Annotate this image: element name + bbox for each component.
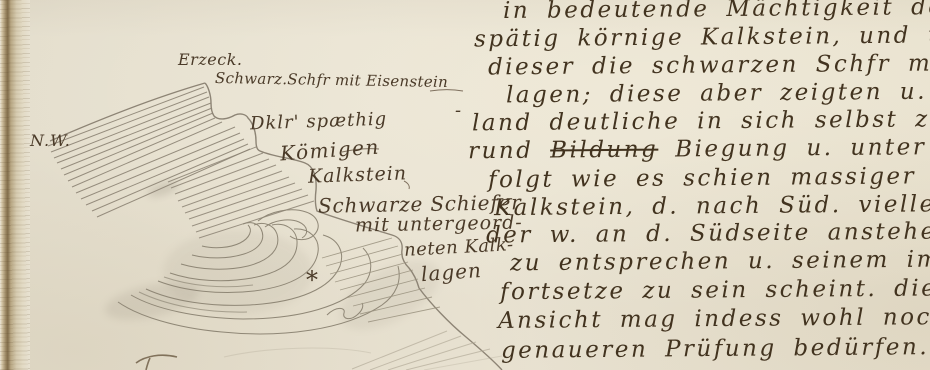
partial-word-stroke	[136, 355, 177, 370]
manuscript-line: zu entsprechen u. seinem im mittel	[510, 246, 930, 277]
star-marker: *	[306, 266, 319, 294]
manuscript-line: Kalkstein, d. nach Süd. vielleicht	[494, 191, 930, 221]
label-kalkstein: Kalkstein	[308, 162, 408, 187]
manuscript-line-segment: Biegung u. unter die	[658, 134, 930, 163]
manuscript-line: dieser die schwarzen Schfr mit Kalkz	[488, 50, 930, 81]
margin-dash: -	[455, 100, 462, 121]
manuscript-line: lagen; diese aber zeigten u. sich an	[506, 78, 930, 109]
struck-word: Bildung	[550, 137, 658, 164]
label-peak-erzeck: Erzeck.	[178, 50, 242, 69]
manuscript-line: genaueren Prüfung bedürfen.	[501, 334, 929, 364]
manuscript-line: land deutliche in sich selbst zu ein	[472, 106, 930, 137]
manuscript-line: fortsetze zu sein scheint. dies letz	[500, 275, 930, 306]
manuscript-line: Ansicht mag indess wohl noch	[498, 304, 930, 334]
manuscript-line: in bedeutende Mächtigkeit der	[503, 0, 930, 24]
manuscript-line-segment: rund	[468, 138, 550, 165]
manuscript-line: der w. an d. Südseite anstehende hoch	[486, 217, 930, 248]
manuscript-line: folgt wie es schien massiger hell	[488, 163, 930, 193]
label-lagen: lagen	[420, 258, 482, 286]
label-compass-nw: N.W.	[30, 131, 71, 150]
manuscript-line: spätig körnige Kalkstein, und unter d	[474, 22, 930, 53]
manuscript-line: rund Bildung Biegung u. unter die	[468, 134, 930, 165]
talus-lines	[224, 331, 502, 370]
strata-hatching-upper	[48, 87, 250, 217]
manuscript-page: N.W. Erzeck. Schwarz.Schfr mit Eisenstei…	[0, 0, 930, 370]
